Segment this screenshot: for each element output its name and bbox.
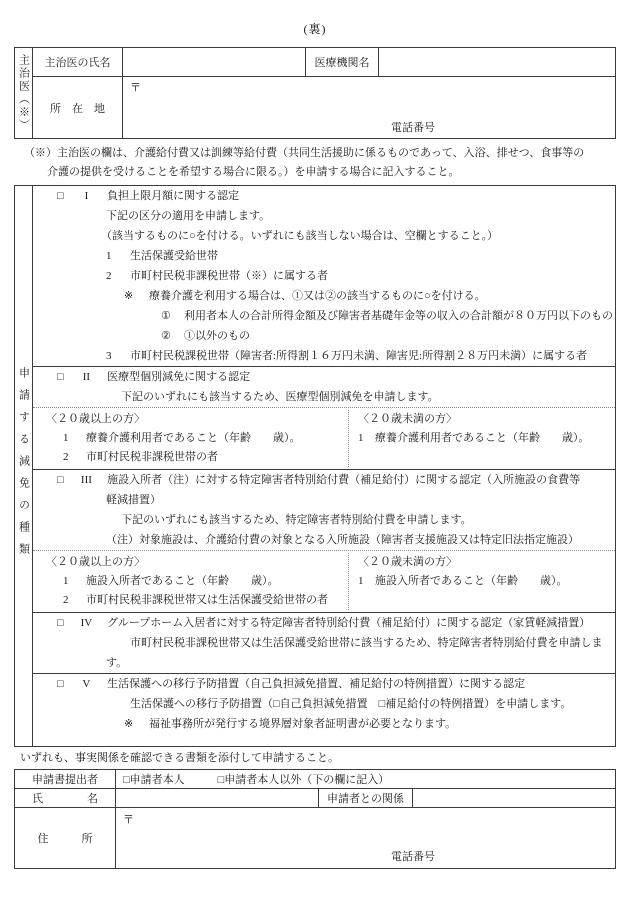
submitter-address-field[interactable]: 〒 電話番号: [116, 808, 615, 868]
item-number: ①: [161, 306, 184, 326]
section-2-checkbox[interactable]: □: [57, 367, 64, 387]
section-5-line1: 生活保護への移行予防措置（□自己負担減免措置 □補足給付の特例措置）を申請します…: [33, 694, 615, 714]
section-3-note: （注）対象施設は、介護給付費の対象となる入所施設（障害者支援施設又は特定旧法指定…: [33, 530, 615, 550]
doctor-note-line1: （※）主治医の欄は、介護給付費又は訓練等給付費（共同生活援助に係るものであって、…: [24, 144, 616, 163]
doctor-phone-label: 電話番号: [391, 119, 435, 135]
item-number: 2: [106, 266, 130, 286]
section-1-item2: 2市町村民税非課税世帯（※）に属する者: [33, 266, 615, 286]
section-1-numeral: I: [76, 186, 96, 206]
section-2-col-under20: 〈２０歳未満の方〉 1療養介護利用者であること（年齢 歳）。: [349, 410, 615, 467]
doctor-name-field[interactable]: [123, 48, 306, 76]
section-2-numeral: II: [76, 367, 96, 387]
item-number: 1: [358, 429, 375, 448]
submitter-address-label: 住 所: [15, 808, 116, 868]
item-number: 1: [358, 572, 375, 591]
item-number: 1: [63, 429, 86, 448]
doctor-address-field[interactable]: 〒 電話番号: [123, 76, 615, 138]
section-3-line1: 下記のいずれにも該当するため、特定障害者特別給付費を申請します。: [33, 510, 615, 530]
section-5-header: □ V 生活保護への移行予防措置（自己負担減免措置、補足給付の特例措置）に関する…: [33, 674, 615, 694]
col-item: 2市町村民税非課税世帯の者: [33, 448, 348, 467]
section-4-line1: 市町村民税非課税世帯又は生活保護受給世帯に該当するため、特定障害者特別給付費を申…: [33, 633, 615, 653]
col-item: 1療養介護利用者であること（年齢 歳）。: [349, 429, 615, 448]
doctor-note: （※）主治医の欄は、介護給付費又は訓練等給付費（共同生活援助に係るものであって、…: [24, 144, 616, 182]
col-header: 〈２０歳以上の方〉: [33, 553, 348, 572]
col-header: 〈２０歳以上の方〉: [33, 410, 348, 429]
item-text: 施設入所者であること（年齢 歳）。: [86, 575, 279, 587]
medical-org-field[interactable]: [379, 48, 615, 76]
item-number: 2: [63, 448, 86, 467]
submitter-name-label: 氏 名: [15, 789, 116, 808]
postal-mark: 〒: [130, 79, 141, 95]
item-number: 1: [63, 572, 86, 591]
section-4-numeral: IV: [76, 613, 96, 633]
section-2-header: □ II 医療型個別減免に関する認定: [33, 367, 615, 387]
section-1-checkbox[interactable]: □: [57, 186, 64, 206]
doctor-note-line2: 介護の提供を受けることを希望する場合に限る。）を申請する場合に記入すること。: [24, 163, 616, 182]
section-4-checkbox[interactable]: □: [57, 613, 64, 633]
page-title: (裏): [0, 0, 630, 38]
section-2-line1: 下記のいずれにも該当するため、医療型個別減免を申請します。: [33, 387, 615, 407]
item-number: 1: [106, 246, 130, 266]
relation-field[interactable]: [413, 789, 615, 808]
section-4-line2: す。: [33, 653, 615, 673]
doctor-name-label: 主治医の氏名: [33, 48, 123, 76]
section-3-title-line2: 軽減措置）: [33, 490, 615, 510]
section-3-col-over20: 〈２０歳以上の方〉 1施設入所者であること（年齢 歳）。 2市町村民税非課税世帯…: [33, 553, 349, 610]
submitter-name-field[interactable]: [116, 789, 319, 808]
submitter-phone-label: 電話番号: [391, 848, 435, 864]
col-item: 2市町村民税非課税世帯又は生活保護受給世帯の者: [33, 591, 348, 610]
col-item: 1施設入所者であること（年齢 歳）。: [33, 572, 348, 591]
section-1-item1: 1生活保護受給世帯: [33, 246, 615, 266]
section-3-facility-resident: □ III 施設入所者（注）に対する特定障害者特別給付費（補足給付）に関する認定…: [33, 469, 615, 612]
section-2-col-over20: 〈２０歳以上の方〉 1療養介護利用者であること（年齢 歳）。 2市町村民税非課税…: [33, 410, 349, 467]
doctor-table: 主治医（※） 主治医の氏名 医療機関名 所 在 地 〒 電話番号: [14, 47, 616, 139]
section-3-checkbox[interactable]: □: [57, 470, 64, 490]
doctor-address-label: 所 在 地: [33, 76, 123, 138]
section-4-group-home: □ IV グループホーム入居者に対する特定障害者特別給付費（補足給付）に関する認…: [33, 612, 615, 673]
col-header: 〈２０歳未満の方〉: [349, 553, 615, 572]
item-number: 3: [106, 346, 130, 366]
doctor-side-label: 主治医（※）: [15, 48, 33, 138]
section-1-sub1: ①利用者本人の合計所得金額及び障害者基礎年金等の収入の合計額が８０万円以下のもの: [33, 306, 615, 326]
section-3-col-under20: 〈２０歳未満の方〉 1施設入所者であること（年齢 歳）。: [349, 553, 615, 610]
doctor-side-label-text: 主治医（※）: [16, 54, 32, 132]
section-1-item3: 3市町村民税課税世帯（障害者:所得割１６万円未満、障害児:所得割２８万円未満）に…: [33, 346, 615, 366]
item-text: 生活保護受給世帯: [130, 250, 218, 262]
item-text: 療養介護利用者であること（年齢 歳）。: [375, 432, 590, 444]
note-text: 福祉事務所が発行する境界層対象者証明書が必要となります。: [149, 718, 456, 730]
item-number: 2: [63, 591, 86, 610]
item-text: 療養介護利用者であること（年齢 歳）。: [86, 432, 301, 444]
exemption-side-label-text: 申請する減免の種類: [16, 367, 32, 565]
col-item: 1施設入所者であること（年齢 歳）。: [349, 572, 615, 591]
section-5-checkbox[interactable]: □: [57, 674, 64, 694]
section-5-title: 生活保護への移行予防措置（自己負担減免措置、補足給付の特例措置）に関する認定: [107, 678, 525, 690]
medical-org-label: 医療機関名: [306, 48, 379, 76]
item-text: 市町村民税課税世帯（障害者:所得割１６万円未満、障害児:所得割２８万円未満）に属…: [130, 350, 587, 362]
note-text: 療養介護を利用する場合は、①又は②の該当するものに○を付ける。: [149, 290, 486, 302]
section-1-line2: （該当するものに○を付ける。いずれにも該当しない場合は、空欄とすること。）: [33, 226, 615, 246]
section-5-numeral: V: [76, 674, 96, 694]
note-mark: ※: [124, 714, 149, 734]
exemption-sections: □ I 負担上限月額に関する認定 下記の区分の適用を申請します。 （該当するもの…: [33, 186, 615, 746]
item-text: 利用者本人の合計所得金額及び障害者基礎年金等の収入の合計額が８０万円以下のもの: [184, 310, 613, 322]
attachment-note: いずれも、事実関係を確認できる書類を添付して申請すること。: [20, 751, 616, 766]
col-header: 〈２０歳未満の方〉: [349, 410, 615, 429]
item-text: 市町村民税非課税世帯又は生活保護受給世帯の者: [86, 594, 328, 606]
relation-label: 申請者との関係: [319, 789, 413, 808]
section-5-welfare-transition: □ V 生活保護への移行予防措置（自己負担減免措置、補足給付の特例措置）に関する…: [33, 673, 615, 746]
section-1-monthly-cap: □ I 負担上限月額に関する認定 下記の区分の適用を申請します。 （該当するもの…: [33, 186, 615, 366]
section-3-numeral: III: [76, 470, 96, 490]
section-1-title: 負担上限月額に関する認定: [107, 190, 239, 202]
section-5-note: ※福祉事務所が発行する境界層対象者証明書が必要となります。: [33, 714, 615, 734]
note-mark: ※: [124, 286, 149, 306]
section-2-columns: 〈２０歳以上の方〉 1療養介護利用者であること（年齢 歳）。 2市町村民税非課税…: [33, 407, 615, 469]
submitter-type-field[interactable]: □申請者本人 □申請者本人以外（下の欄に記入）: [116, 770, 615, 789]
item-text: ①以外のもの: [184, 330, 250, 342]
item-text: 市町村民税非課税世帯（※）に属する者: [130, 270, 328, 282]
section-3-header: □ III 施設入所者（注）に対する特定障害者特別給付費（補足給付）に関する認定…: [33, 470, 615, 490]
exemption-side-label: 申請する減免の種類: [15, 186, 33, 746]
item-number: ②: [161, 326, 184, 346]
item-text: 施設入所者であること（年齢 歳）。: [375, 575, 568, 587]
section-1-header: □ I 負担上限月額に関する認定: [33, 186, 615, 206]
item-text: 市町村民税非課税世帯の者: [86, 451, 218, 463]
section-2-title: 医療型個別減免に関する認定: [107, 371, 250, 383]
submitter-label: 申請書提出者: [15, 770, 116, 789]
section-1-note: ※療養介護を利用する場合は、①又は②の該当するものに○を付ける。: [33, 286, 615, 306]
section-1-sub2: ②①以外のもの: [33, 326, 615, 346]
section-4-header: □ IV グループホーム入居者に対する特定障害者特別給付費（補足給付）に関する認…: [33, 613, 615, 633]
section-3-title-line1: 施設入所者（注）に対する特定障害者特別給付費（補足給付）に関する認定（入所施設の…: [107, 474, 580, 486]
section-1-line1: 下記の区分の適用を申請します。: [33, 206, 615, 226]
form-page-back: (裏) 主治医（※） 主治医の氏名 医療機関名 所 在 地 〒 電話番号 （※）…: [0, 0, 630, 915]
section-4-title: グループホーム入居者に対する特定障害者特別給付費（補足給付）に関する認定（家賃軽…: [107, 617, 590, 629]
submitter-table: 申請書提出者 □申請者本人 □申請者本人以外（下の欄に記入） 氏 名 申請者との…: [14, 769, 616, 869]
section-3-columns: 〈２０歳以上の方〉 1施設入所者であること（年齢 歳）。 2市町村民税非課税世帯…: [33, 550, 615, 612]
postal-mark: 〒: [123, 811, 134, 827]
col-item: 1療養介護利用者であること（年齢 歳）。: [33, 429, 348, 448]
section-2-medical-reduction: □ II 医療型個別減免に関する認定 下記のいずれにも該当するため、医療型個別減…: [33, 366, 615, 469]
exemption-type-table: 申請する減免の種類 □ I 負担上限月額に関する認定 下記の区分の適用を申請しま…: [14, 185, 616, 747]
